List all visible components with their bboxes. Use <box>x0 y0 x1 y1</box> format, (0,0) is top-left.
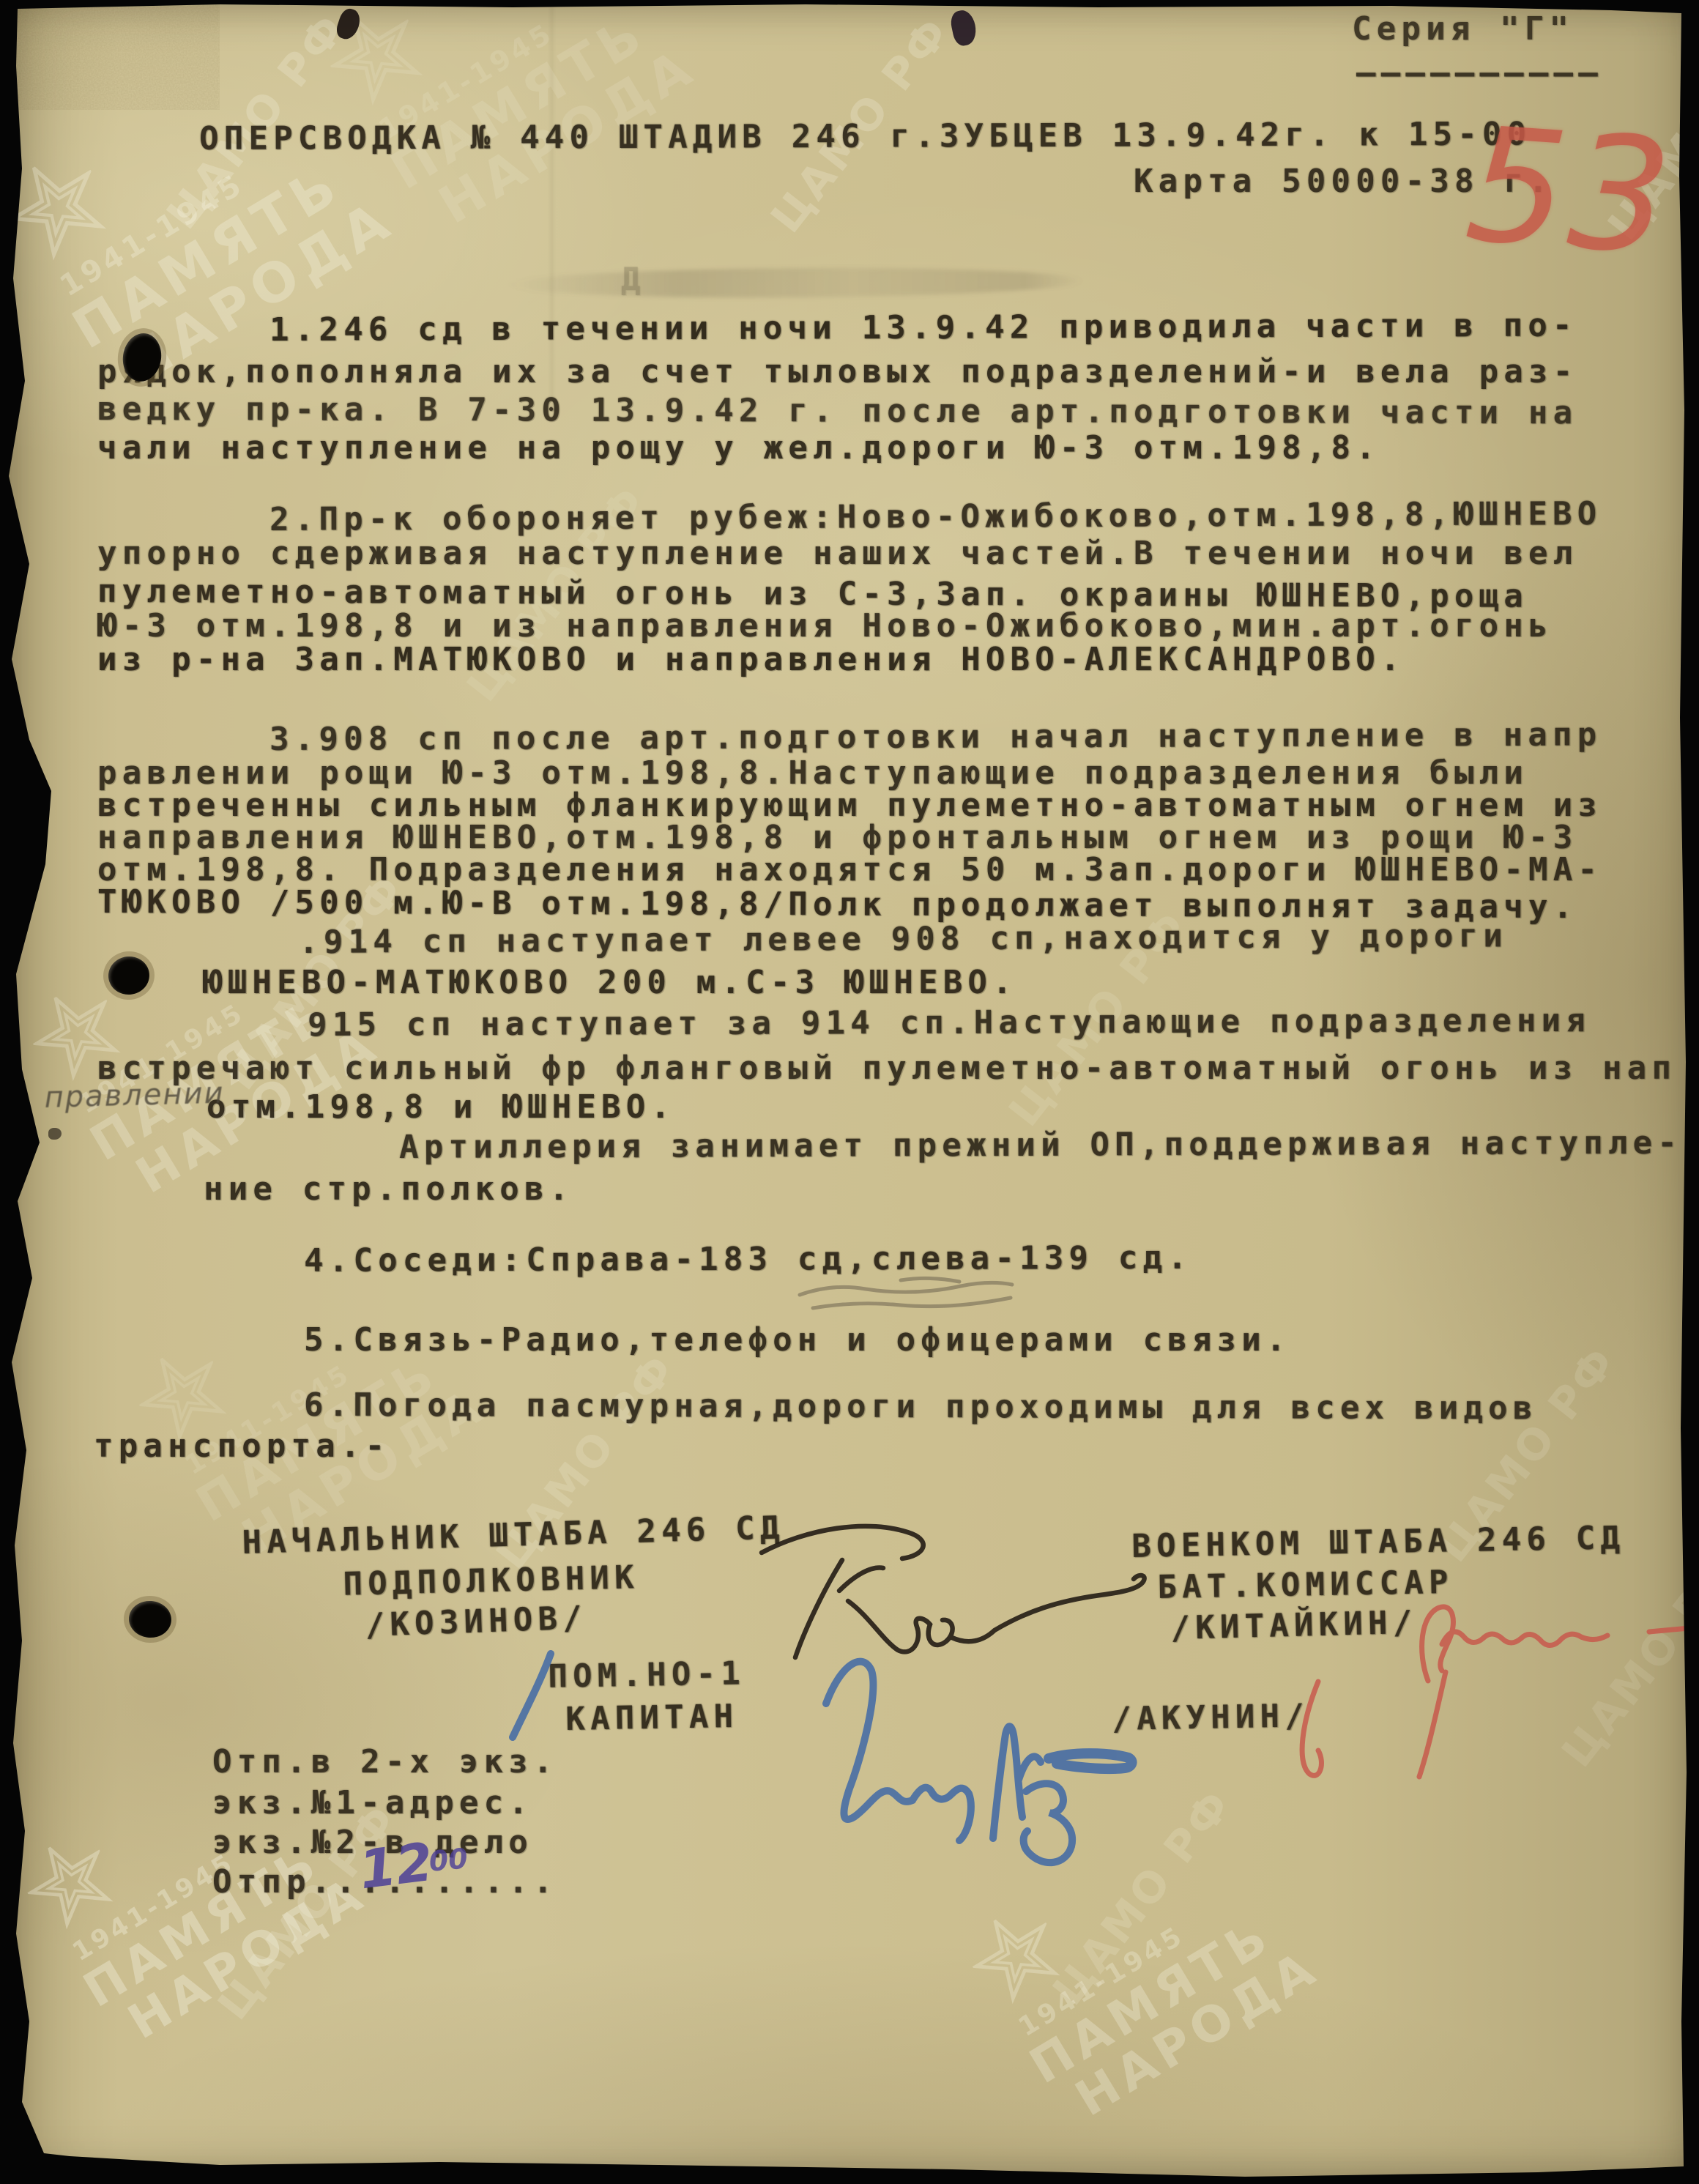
typed-line: ЮШНЕВО-МАТЮКОВО 200 м.С-З ЮШНЕВО. <box>203 967 1017 999</box>
typed-line: транспорта.- <box>94 1430 390 1463</box>
typed-line: ПОДПОЛКОВНИК <box>343 1561 639 1601</box>
handwritten-dispatch-time-minutes: 00 <box>428 1842 469 1877</box>
typed-line: встреченны сильным фланкирующим пулеметн… <box>97 790 1602 822</box>
typed-line: отм.198,8. Подразделения находятся 50 м.… <box>97 854 1602 886</box>
typed-line: ВОЕНКОМ ШТАБА 246 СД <box>1131 1522 1625 1563</box>
handwritten-page-number: 53 <box>1460 92 1678 290</box>
typed-line: направления ЮШНЕВО,отм.198,8 и фронтальн… <box>97 822 1577 854</box>
typed-text-layer: Серия "Г"——————————ОПЕРСВОДКА № 440 ШТАД… <box>0 0 1699 2184</box>
typed-line: ние стр.полков. <box>204 1173 573 1206</box>
typed-line: 2.Пр-к обороняет рубеж:Ново-Ожибоково,от… <box>269 498 1602 536</box>
typed-line: НАЧАЛЬНИК ШТАБА 246 СД <box>242 1512 785 1559</box>
typed-line: ведку пр-ка. В 7-30 13.9.42 г. после арт… <box>97 393 1578 429</box>
typed-line: ПОМ.НО-1 <box>548 1657 746 1693</box>
scanned-document: 1941-1945ПАМЯТЬНАРОДА1941-1945ПАМЯТЬНАРО… <box>0 0 1699 2184</box>
typed-line: Артиллерия занимает прежний ОП,поддержив… <box>399 1127 1682 1164</box>
typed-line: /АКУНИН/ <box>1112 1700 1309 1736</box>
typed-line: 3.908 сп после арт.подготовки начал наст… <box>269 719 1602 756</box>
typed-line: 1.246 сд в течении ночи 13.9.42 приводил… <box>269 310 1577 346</box>
typed-line: 915 сп наступает за 914 сп.Наступающие п… <box>308 1005 1591 1041</box>
typed-line: ОПЕРСВОДКА № 440 ШТАДИВ 246 г.ЗУБЦЕВ 13.… <box>199 119 1531 155</box>
typed-line: 6.Погода пасмурная,дороги проходимы для … <box>304 1389 1538 1425</box>
typed-line: рядок,пополняла их за счет тыловых подра… <box>97 356 1577 388</box>
typed-line: Отп.в 2-х экз. <box>212 1746 558 1778</box>
typed-line: упорно сдерживая наступление наших часте… <box>97 538 1577 570</box>
typed-line: чали наступление на рощу у жел.дороги Ю-… <box>97 432 1380 464</box>
typed-line: 5.Связь-Радио,телефон и офицерами связи. <box>304 1324 1291 1356</box>
typed-line: БАТ.КОМИССАР <box>1157 1567 1454 1604</box>
typed-line: .914 сп наступает левее 908 сп,находится… <box>299 920 1508 959</box>
typed-line: равлении рощи Ю-З отм.198,8.Наступающие … <box>97 757 1528 790</box>
typed-line: Серия "Г" <box>1352 13 1574 45</box>
typed-line: —————————— <box>1356 57 1603 89</box>
typed-line: /КИТАЙКИН/ <box>1170 1607 1418 1645</box>
typed-line: 4.Соседи:Справа-183 сд,слева-139 сд. <box>304 1242 1192 1277</box>
document-page: 1941-1945ПАМЯТЬНАРОДА1941-1945ПАМЯТЬНАРО… <box>0 0 1699 2184</box>
typed-line: Д <box>621 264 646 296</box>
typed-line: отм.198,8 и ЮШНЕВО. <box>207 1091 675 1123</box>
handwritten-dispatch-time: 12 <box>356 1831 436 1901</box>
typed-line: из р-на Зап.МАТЮКОВО и направления НОВО-… <box>97 644 1405 676</box>
typed-line: встречают сильный фр фланговый пулеметно… <box>97 1052 1676 1085</box>
typed-line: экз.№1-адрес. <box>212 1787 533 1819</box>
typed-line: Ю-З отм.198,8 и из направления Ново-Ожиб… <box>97 610 1553 642</box>
handwritten-margin-note: правлении <box>44 1077 225 1115</box>
typed-line: КАПИТАН <box>565 1701 739 1736</box>
typed-line: /КОЗИНОВ/ <box>365 1602 588 1642</box>
